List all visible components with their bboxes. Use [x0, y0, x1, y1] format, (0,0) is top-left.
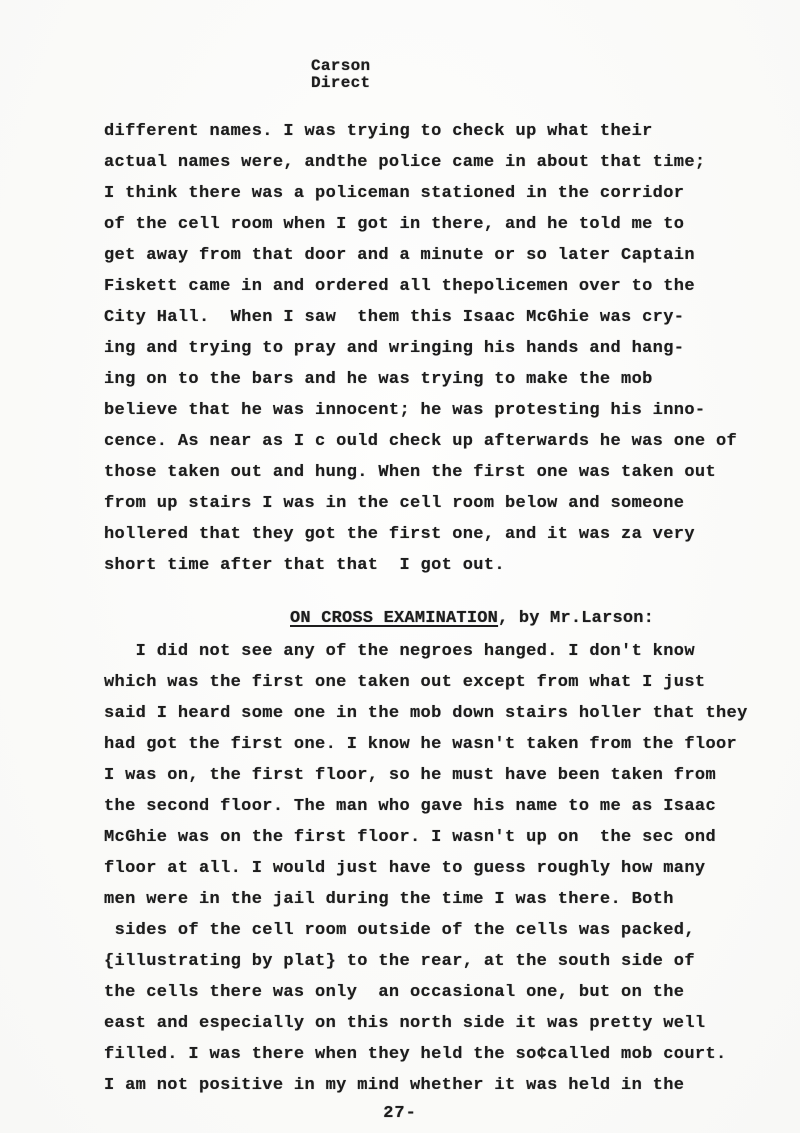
page-header: Carson Direct	[311, 58, 370, 92]
text-line: those taken out and hung. When the first…	[104, 457, 737, 488]
text-line: east and especially on this north side i…	[104, 1008, 748, 1039]
text-line: City Hall. When I saw them this Isaac Mc…	[104, 302, 737, 333]
page-number: 27-	[0, 1098, 800, 1129]
text-line: {illustrating by plat} to the rear, at t…	[104, 946, 748, 977]
text-line: I was on, the first floor, so he must ha…	[104, 760, 748, 791]
cross-examination-heading-title: ON CROSS EXAMINATION	[290, 609, 498, 628]
text-line: I think there was a policeman stationed …	[104, 178, 737, 209]
text-line: I did not see any of the negroes hanged.…	[104, 636, 748, 667]
text-line: ing and trying to pray and wringing his …	[104, 333, 737, 364]
text-line: actual names were, andthe police came in…	[104, 147, 737, 178]
text-line: believe that he was innocent; he was pro…	[104, 395, 737, 426]
scanned-transcript-page: Carson Direct different names. I was try…	[0, 0, 800, 1133]
text-line: the cells there was only an occasional o…	[104, 977, 748, 1008]
text-line: from up stairs I was in the cell room be…	[104, 488, 737, 519]
text-line: said I heard some one in the mob down st…	[104, 698, 748, 729]
text-line: which was the first one taken out except…	[104, 667, 748, 698]
text-line: Fiskett came in and ordered all thepolic…	[104, 271, 737, 302]
text-line: sides of the cell room outside of the ce…	[104, 915, 748, 946]
text-line: ing on to the bars and he was trying to …	[104, 364, 737, 395]
testimony-paragraph-cross: I did not see any of the negroes hanged.…	[104, 636, 748, 1101]
text-line: I am not positive in my mind whether it …	[104, 1070, 748, 1101]
text-line: cence. As near as I c ould check up afte…	[104, 426, 737, 457]
text-line: hollered that they got the first one, an…	[104, 519, 737, 550]
testimony-paragraph-direct: different names. I was trying to check u…	[104, 116, 737, 581]
text-line: of the cell room when I got in there, an…	[104, 209, 737, 240]
text-line: had got the first one. I know he wasn't …	[104, 729, 748, 760]
header-witness-name: Carson	[311, 58, 370, 75]
text-line: the second floor. The man who gave his n…	[104, 791, 748, 822]
text-line: McGhie was on the first floor. I wasn't …	[104, 822, 748, 853]
text-line: floor at all. I would just have to guess…	[104, 853, 748, 884]
text-line: men were in the jail during the time I w…	[104, 884, 748, 915]
text-line: short time after that that I got out.	[104, 550, 737, 581]
text-line: get away from that door and a minute or …	[104, 240, 737, 271]
cross-examination-heading-byline: , by Mr.Larson:	[498, 609, 654, 628]
text-line: filled. I was there when they held the s…	[104, 1039, 748, 1070]
cross-examination-heading: ON CROSS EXAMINATION, by Mr.Larson:	[290, 603, 654, 634]
header-examination-type: Direct	[311, 75, 370, 92]
text-line: different names. I was trying to check u…	[104, 116, 737, 147]
